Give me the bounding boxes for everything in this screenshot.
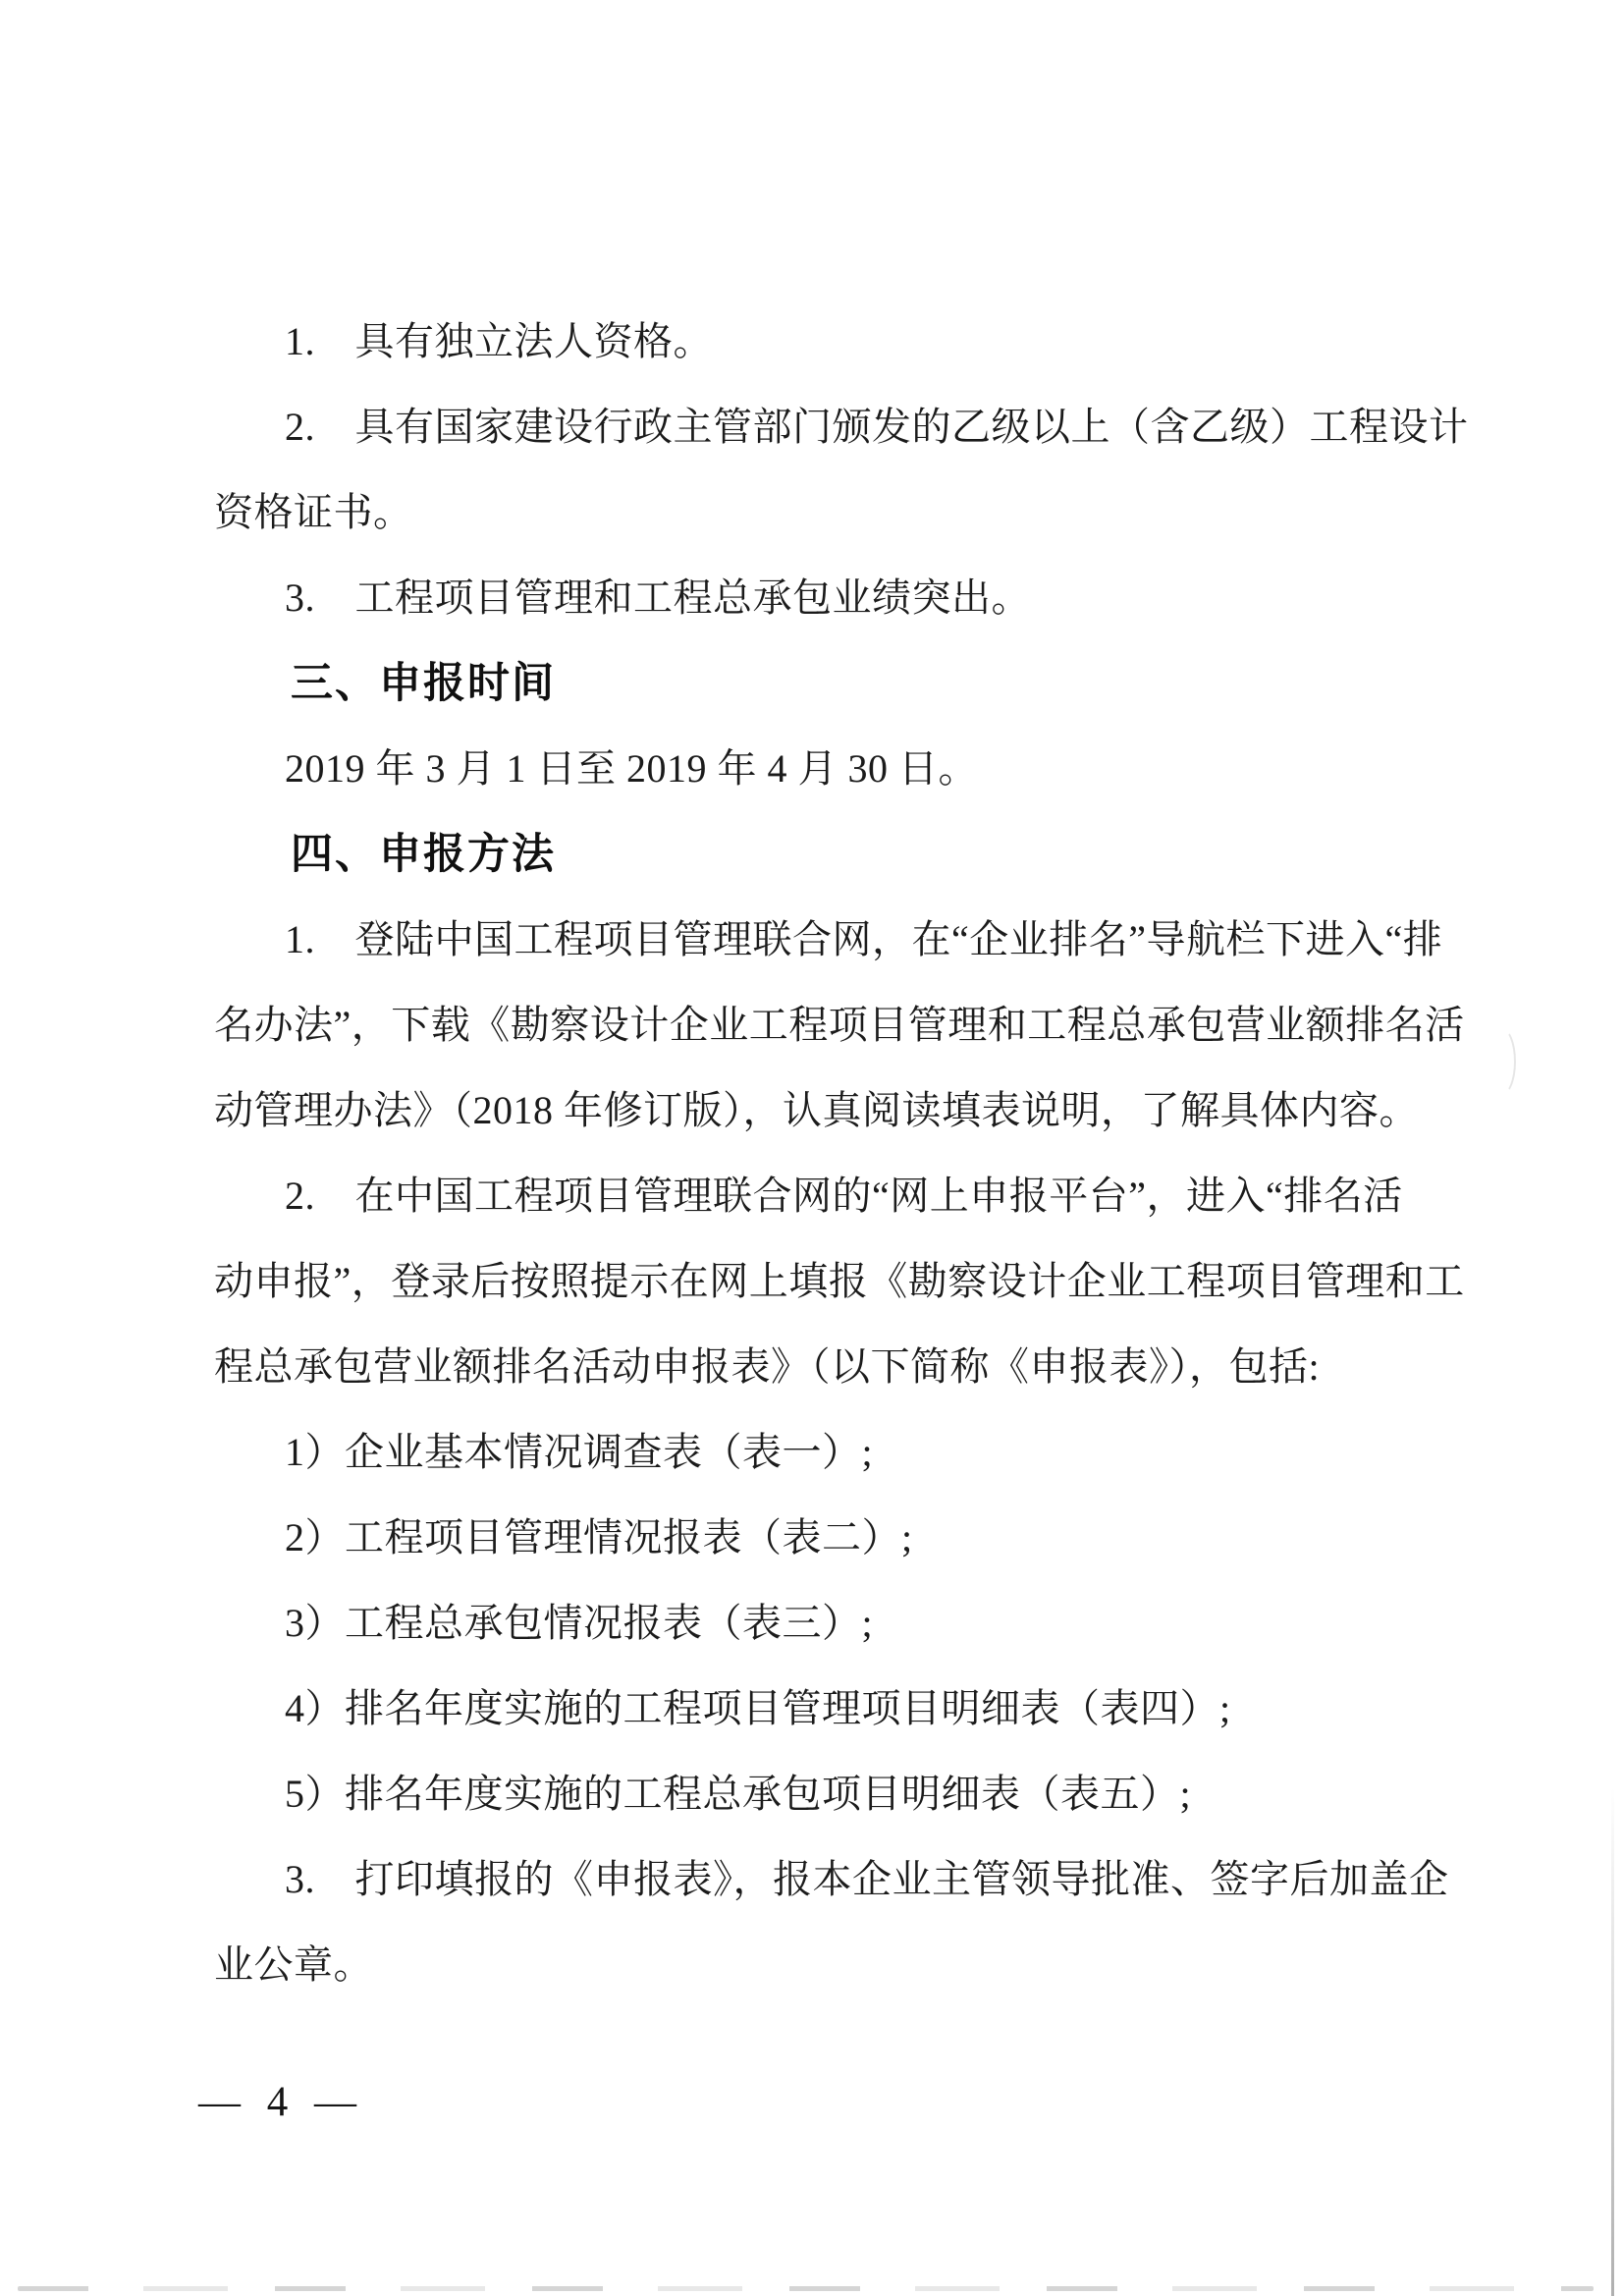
scan-artifact-right-edge [1611,1787,1614,2296]
page-number: — 4 — [198,2067,356,2136]
scan-artifact-smudge [1487,1027,1516,1096]
document-page: 1. 具有独立法人资格。 2. 具有国家建设行政主管部门颁发的乙级以上（含乙级）… [0,0,1623,2296]
section-heading-shenbao-shijian: 三、申报时间 [214,637,1443,723]
list-item-form-2: 2）工程项目管理情况报表（表二）; [214,1492,1443,1577]
paragraph-line: 名办法”，下载《勘察设计企业工程项目管理和工程总承包营业额排名活 [214,979,1443,1065]
paragraph-line: 2. 在中国工程项目管理联合网的“网上申报平台”，进入“排名活 [214,1150,1443,1235]
paragraph-line: 程总承包营业额排名活动申报表》（以下简称《申报表》），包括: [214,1321,1443,1406]
paragraph-line: 1. 具有独立法人资格。 [214,296,1443,381]
list-item-form-5: 5）排名年度实施的工程总承包项目明细表（表五）; [214,1748,1443,1833]
list-item-form-3: 3）工程总承包情况报表（表三）; [214,1577,1443,1663]
paragraph-line: 2. 具有国家建设行政主管部门颁发的乙级以上（含乙级）工程设计 [214,381,1443,466]
paragraph-line: 业公章。 [214,1919,1443,2004]
paragraph-line: 1. 登陆中国工程项目管理联合网，在“企业排名”导航栏下进入“排 [214,894,1443,979]
paragraph-line: 3. 打印填报的《申报表》，报本企业主管领导批准、签字后加盖企 [214,1833,1443,1919]
paragraph-line: 资格证书。 [214,466,1443,552]
list-item-form-4: 4）排名年度实施的工程项目管理项目明细表（表四）; [214,1663,1443,1748]
scan-artifact-bottom-dashes [18,2286,1594,2291]
paragraph-line: 2019 年 3 月 1 日至 2019 年 4 月 30 日。 [214,723,1443,808]
list-item-form-1: 1）企业基本情况调查表（表一）; [214,1406,1443,1492]
document-body: 1. 具有独立法人资格。 2. 具有国家建设行政主管部门颁发的乙级以上（含乙级）… [214,296,1443,2004]
section-heading-shenbao-fangfa: 四、申报方法 [214,808,1443,894]
paragraph-line: 3. 工程项目管理和工程总承包业绩突出。 [214,552,1443,637]
paragraph-line: 动申报”，登录后按照提示在网上填报《勘察设计企业工程项目管理和工 [214,1235,1443,1321]
paragraph-line: 动管理办法》（2018 年修订版），认真阅读填表说明，了解具体内容。 [214,1065,1443,1150]
